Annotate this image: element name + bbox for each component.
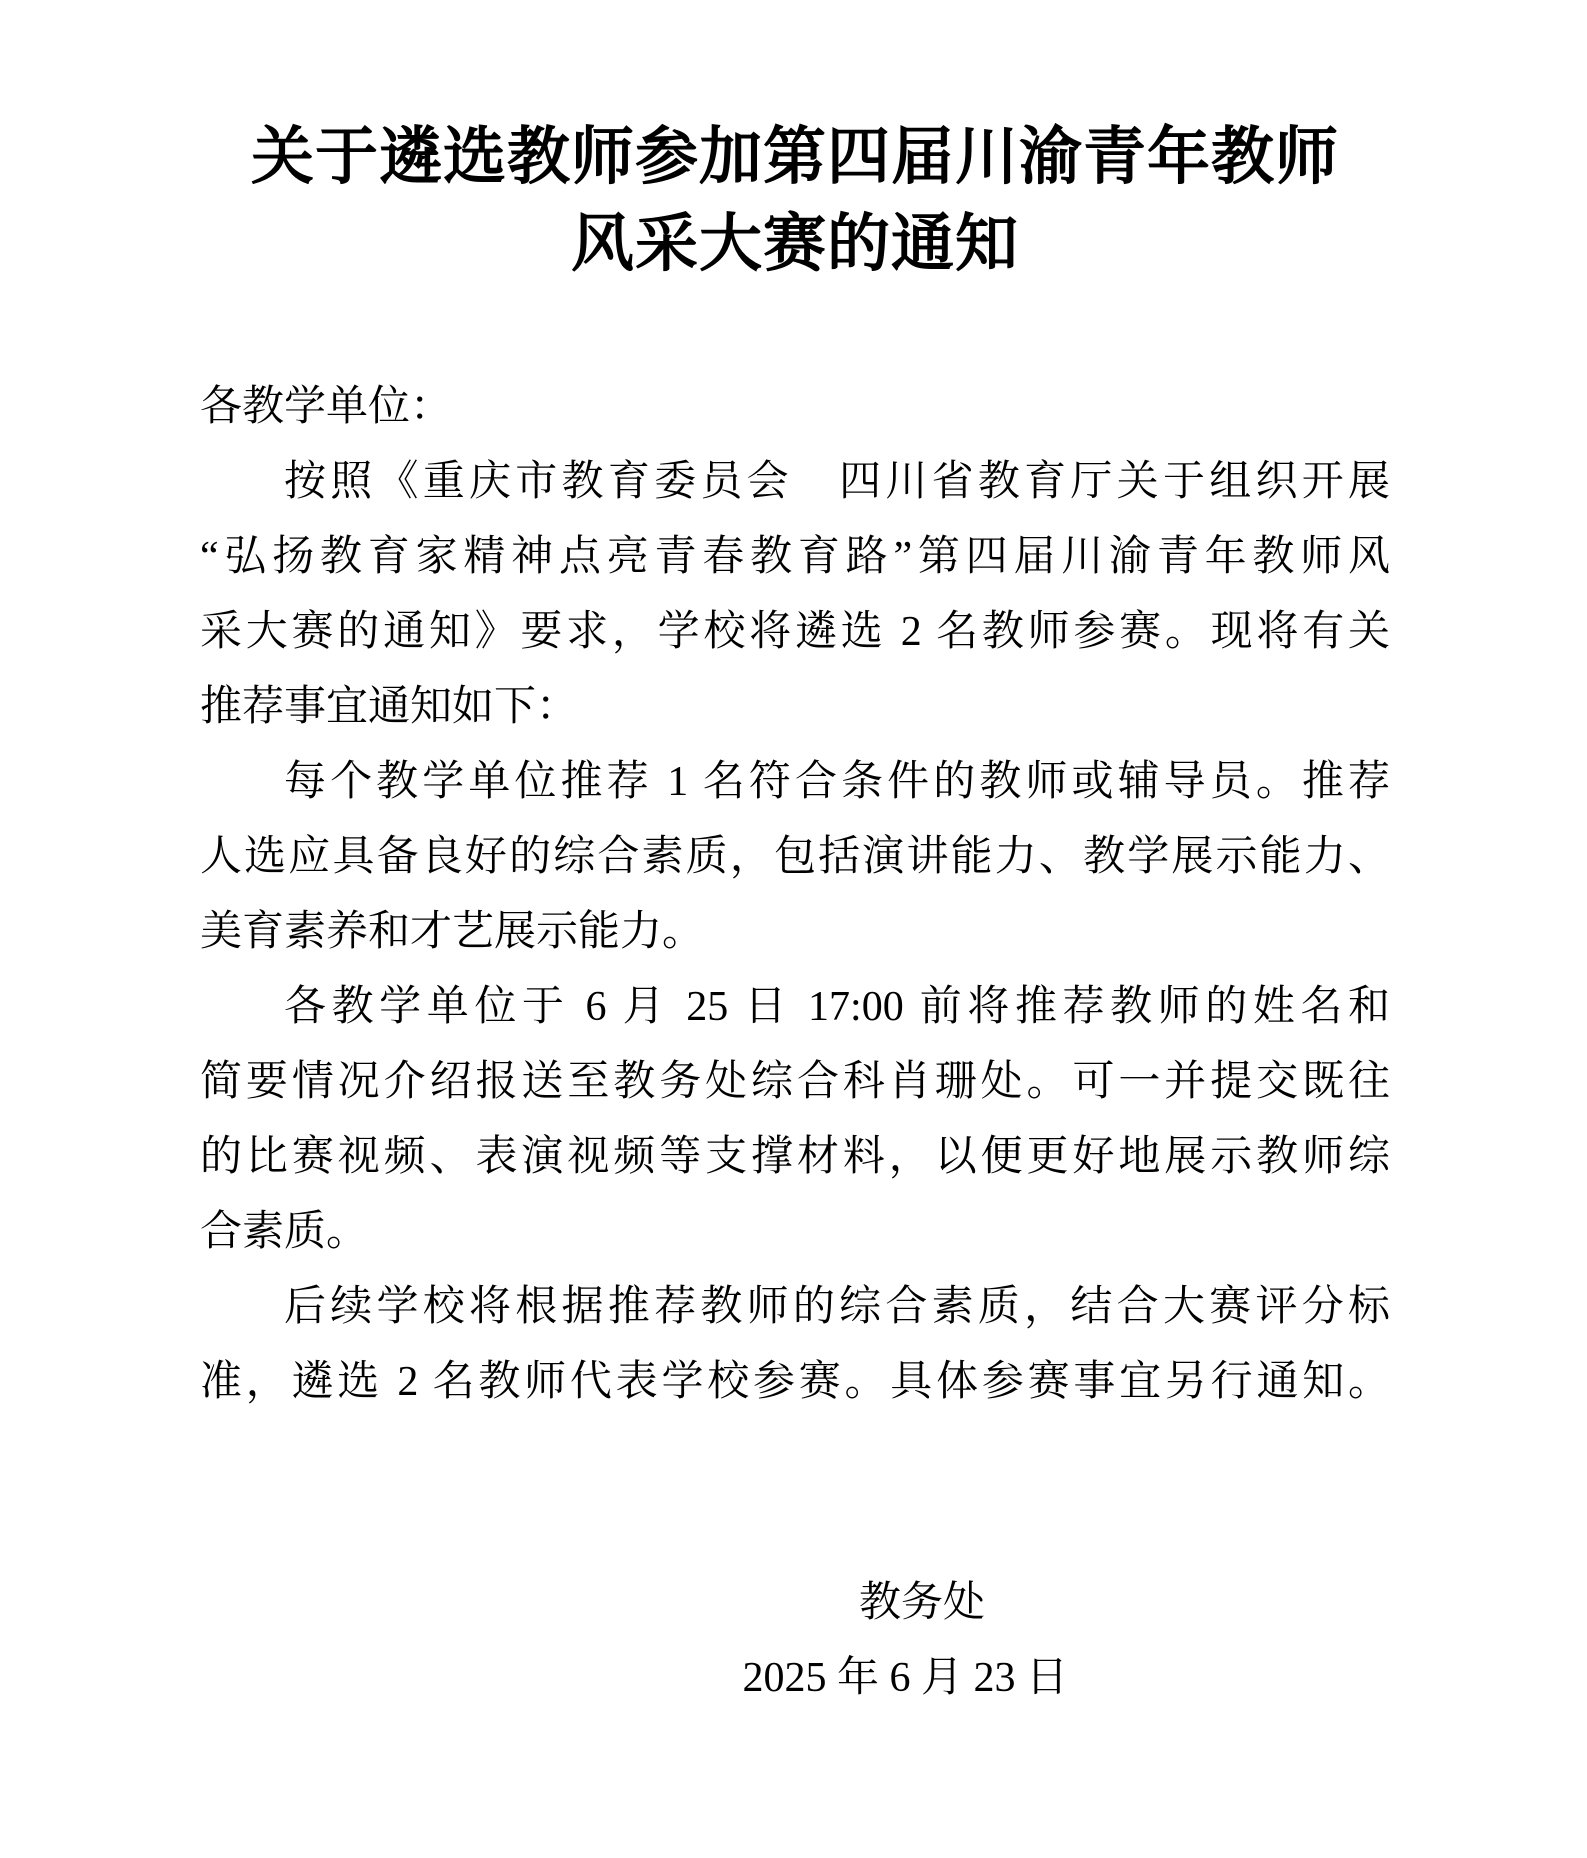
notice-title-line-1: 关于遴选教师参加第四届川渝青年教师 — [200, 114, 1390, 201]
signature-block: 教务处 2025 年 6 月 23 日 — [200, 1566, 1390, 1716]
body-line: 推荐事宜通知如下： — [200, 670, 1390, 745]
body-line: 按照《重庆市教育委员会 四川省教育厅关于组织开展 — [200, 445, 1390, 520]
body-line: 的比赛视频、表演视频等支撑材料，以便更好地展示教师综 — [200, 1120, 1390, 1195]
notice-title-line-2: 风采大赛的通知 — [200, 201, 1390, 288]
body-line: 每个教学单位推荐 1 名符合条件的教师或辅导员。推荐 — [200, 745, 1390, 820]
body-line: 后续学校将根据推荐教师的综合素质，结合大赛评分标 — [200, 1270, 1390, 1345]
body-line: 人选应具备良好的综合素质，包括演讲能力、教学展示能力、 — [200, 820, 1390, 895]
signature-department: 教务处 — [200, 1566, 1390, 1641]
body-line: 各教学单位于 6 月 25 日 17:00 前将推荐教师的姓名和 — [200, 970, 1390, 1045]
body-line: 美育素养和才艺展示能力。 — [200, 895, 1390, 970]
body-line: 简要情况介绍报送至教务处综合科肖珊处。可一并提交既往 — [200, 1045, 1390, 1120]
body-line: “弘扬教育家精神点亮青春教育路”第四届川渝青年教师风 — [200, 520, 1390, 595]
notice-body: 各教学单位： 按照《重庆市教育委员会 四川省教育厅关于组织开展 “弘扬教育家精神… — [200, 370, 1390, 1420]
body-line: 准，遴选 2 名教师代表学校参赛。具体参赛事宜另行通知。 — [200, 1345, 1390, 1420]
notice-title: 关于遴选教师参加第四届川渝青年教师 风采大赛的通知 — [200, 114, 1390, 288]
document-page: 关于遴选教师参加第四届川渝青年教师 风采大赛的通知 各教学单位： 按照《重庆市教… — [0, 0, 1587, 1858]
body-line: 合素质。 — [200, 1195, 1390, 1270]
body-line-salutation: 各教学单位： — [200, 370, 1390, 445]
body-line: 采大赛的通知》要求，学校将遴选 2 名教师参赛。现将有关 — [200, 595, 1390, 670]
signature-date: 2025 年 6 月 23 日 — [200, 1641, 1390, 1716]
